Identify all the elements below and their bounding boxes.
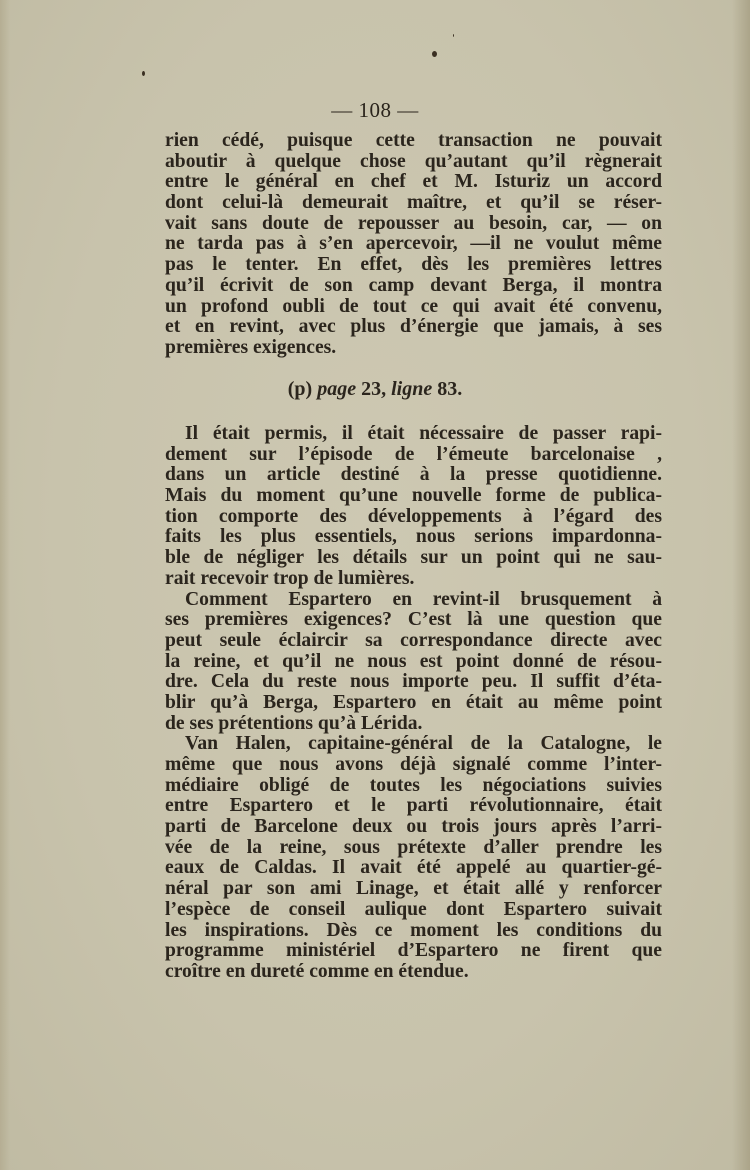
text-line: ne tarda pas à s’en apercevoir, —il ne v… [165,234,662,255]
text-line: entre Espartero et le parti révolutionna… [165,796,662,817]
text-line: l’espèce de conseil aulique dont Esparte… [165,900,662,921]
text-line: tion comporte des développements à l’éga… [165,507,662,528]
text-line: programme ministériel d’Espartero ne fir… [165,941,662,962]
note-page-value: 23, [361,378,386,400]
text-line: aboutir à quelque chose qu’autant qu’il … [165,152,662,173]
text-line: vait sans doute de repousser au besoin, … [165,214,662,235]
text-line: Comment Espartero en revint-il brusqueme… [165,590,662,611]
note-page-label: page [317,378,356,400]
note-body: Il était permis, il était nécessaire de … [165,424,662,983]
text-line: médiaire obligé de toutes les négociatio… [165,776,662,797]
text-line: de ses prétentions qu’à Lérida. [165,714,662,735]
note-line-value: 83. [437,378,462,400]
text-line: Il était permis, il était nécessaire de … [165,424,662,445]
text-line: ses premières exigences? C’est là une qu… [165,610,662,631]
page-number: — 108 — [0,98,750,123]
text-line: un profond oubli de tout ce qui avait ét… [165,297,662,318]
text-line: pas le tenter. En effet, dès les premièr… [165,255,662,276]
text-line: néral par son ami Linage, et était allé … [165,879,662,900]
text-line: dre. Cela du reste nous importe peu. Il … [165,672,662,693]
ink-speck [453,34,454,37]
ink-speck [432,51,437,57]
text-line: croître en dureté comme en étendue. [165,962,662,983]
text-line: même que nous avons déjà signalé comme l… [165,755,662,776]
text-line: qu’il écrivit de son camp devant Berga, … [165,276,662,297]
text-line: rait recevoir trop de lumières. [165,569,662,590]
note-line-label: ligne [391,378,432,400]
text-line: et en revint, avec plus d’énergie que ja… [165,317,662,338]
text-line: blir qu’à Berga, Espartero en était au m… [165,693,662,714]
scanned-page: — 108 — rien cédé, puisque cette transac… [0,0,750,1170]
ink-speck [142,71,145,76]
text-line: parti de Barcelone deux ou trois jours a… [165,817,662,838]
text-line: dont celui-là demeurait maître, et qu’il… [165,193,662,214]
text-line: ble de négliger les détails sur un point… [165,548,662,569]
text-line: entre le général en chef et M. Isturiz u… [165,172,662,193]
text-line: Mais du moment qu’une nouvelle forme de … [165,486,662,507]
text-line: les inspirations. Dès ce moment les cond… [165,921,662,942]
text-line: Van Halen, capitaine-général de la Catal… [165,734,662,755]
text-line: dement sur l’épisode de l’émeute barcelo… [165,445,662,466]
text-line: dans un article destiné à la presse quot… [165,465,662,486]
text-line: vée de la reine, sous prétexte d’aller p… [165,838,662,859]
note-heading: (p) page 23, ligne 83. [0,378,750,401]
text-line: peut seule éclaircir sa correspondance d… [165,631,662,652]
text-line: eaux de Caldas. Il avait été appelé au q… [165,858,662,879]
text-line: rien cédé, puisque cette transaction ne … [165,131,662,152]
text-line: faits les plus essentiels, nous serions … [165,527,662,548]
text-line: premières exigences. [165,338,662,359]
text-line: la reine, et qu’il ne nous est point don… [165,652,662,673]
continued-paragraph: rien cédé, puisque cette transaction ne … [165,131,662,359]
note-marker: (p) [288,378,312,400]
